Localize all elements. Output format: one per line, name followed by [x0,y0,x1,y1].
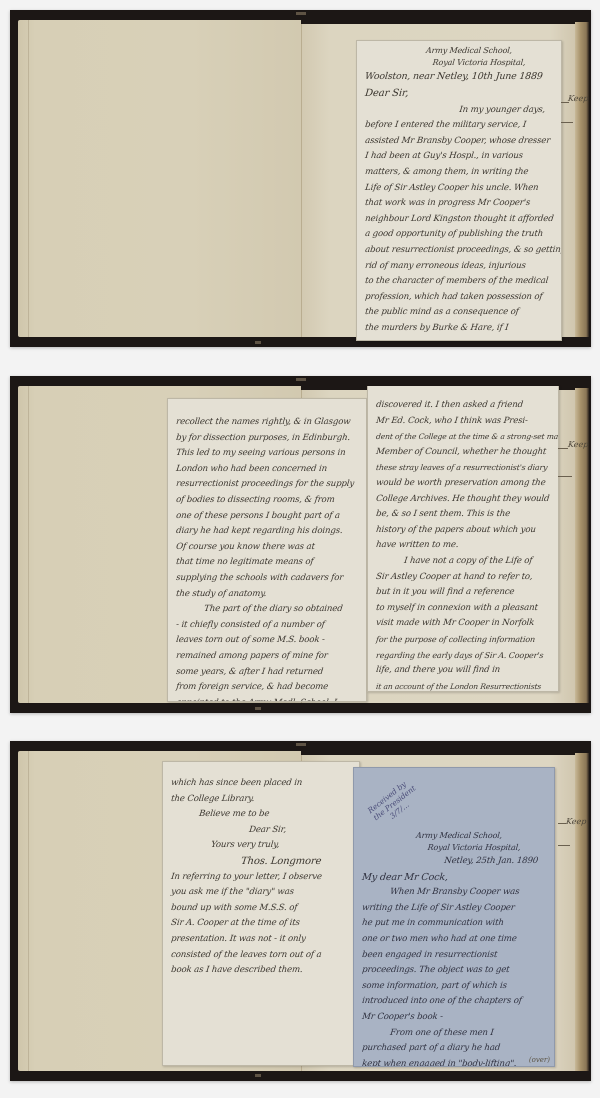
letter-line: From one of these men I [361,1026,547,1042]
letter-line: remained among papers of mine for [175,649,359,665]
letter-line: about resurrectionist proceedings, & so … [364,243,554,259]
letter-line: Of course you know there was at [175,540,359,556]
letter-line: discovered it. I then asked a friend [375,398,551,414]
postscript-line: consisted of the leaves torn out of a [170,948,352,964]
page-edges [575,22,589,337]
letter-line: these stray leaves of a resurrectionist'… [375,460,551,476]
letter-line: which has since been placed in [170,776,352,792]
blue-letter-page: Received by the President 3/7/... Army M… [353,767,555,1067]
closing-line: Dear Sir, [170,823,352,839]
postscript-line: presentation. It was not - it only [170,932,352,948]
letter-line: regarding the early days of Sir A. Coope… [375,648,551,664]
letter-line: Life of Sir Astley Cooper his uncle. Whe… [364,181,554,197]
margin-note-keep: Keep [568,440,589,449]
letter-line: assisted Mr Bransby Cooper, whose dresse… [364,134,554,150]
over-mark: (over) [529,1056,550,1064]
margin-dash [558,476,572,477]
signature: Thos. Longmore [170,854,352,870]
letter-line: writing the Life of Sir Astley Cooper [361,901,547,917]
salutation: Dear Sir, [364,85,554,103]
letter-line: to myself in connexion with a pleasant [375,601,551,617]
letter-line: neighbour Lord Kingston thought it affor… [364,212,554,228]
letter-line: kept when engaged in "body-lifting". [361,1057,547,1067]
letter-line: to the character of members of the medic… [364,274,554,290]
letter-line: by for dissection purposes, in Edinburgh… [175,431,359,447]
letter-line: Sir Astley Cooper at hand to refer to, [375,570,551,586]
letter-line: purchased part of a diary he had [361,1041,547,1057]
letter-line: profession, which had taken possession o… [364,290,554,306]
spine-mark [255,341,261,344]
letter-line: have written to me. [375,538,551,554]
letter-line: one or two men who had at one time [361,932,547,948]
page-edges [575,753,589,1071]
letter-line: Mr Cooper's book - [361,1010,547,1026]
letter-line: dent of the College at the time & a stro… [375,429,551,445]
letter-page-3: discovered it. I then asked a friend Mr … [367,386,559,692]
letter-line: Mr Ed. Cock, who I think was Presi- [375,414,551,430]
spine-mark [296,743,306,746]
letterhead-line: Royal Victoria Hospital, [361,842,546,854]
spine-mark [255,707,261,710]
postscript-line: In referring to your letter, I observe [170,870,352,886]
letterhead-line: Royal Victoria Hospital, [364,57,553,69]
letter-line: it an account of the London Resurrection… [375,679,551,692]
received-annotation: Received by the President 3/7/... [366,777,423,830]
letter-line: history of the papers about which you [375,523,551,539]
postscript-line: you ask me if the "diary" was [170,885,352,901]
closing-line: Believe me to be [170,807,352,823]
scan-spread-2: recollect the names rightly, & in Glasgo… [10,376,591,713]
letter-line: from foreign service, & had become [175,680,359,696]
margin-note-keep: Keep [566,817,587,826]
letter-line: London who had been concerned in [175,462,359,478]
letter-page-2: recollect the names rightly, & in Glasgo… [167,398,367,702]
letter-line: rid of many erroneous ideas, injurious [364,259,554,275]
letter-line: would be worth preservation among the [375,476,551,492]
letter-line: supplying the schools with cadavers for [175,571,359,587]
letter-line: the study of anatomy. [175,587,359,603]
letter-line: matters, & among them, in writing the [364,165,554,181]
letter-line: but in it you will find a reference [375,585,551,601]
salutation: My dear Mr Cock, [361,870,547,886]
letterhead-line: Army Medical School, [364,45,553,57]
letter-line: that time no legitimate means of [175,555,359,571]
letter-line: some years, & after I had returned [175,665,359,681]
letter-line: life, and there you will find in [375,663,551,679]
postscript-line: book as I have described them. [170,963,352,979]
letter-line: diary he had kept regarding his doings. [175,524,359,540]
letter-line: the murders by Burke & Hare, if I [364,321,554,337]
letter-line: appointed to the Army Medl. School, I [175,696,359,702]
closing-line: Yours very truly, [170,838,352,854]
letter-line: the public mind as a consequence of [364,305,554,321]
letter-line: When Mr Bransby Cooper was [361,885,547,901]
margin-dash [561,122,573,123]
dateline: Woolston, near Netley, 10th June 1889 [364,69,554,85]
letter-line: the College Library. [170,792,352,808]
letter-line: be, & so I sent them. This is the [375,507,551,523]
letter-line: visit made with Mr Cooper in Norfolk [375,616,551,632]
postscript-line: bound up with some M.S.S. of [170,901,352,917]
letter-line: resurrectionist proceedings for the supp… [175,477,359,493]
letter-line: proceedings. The object was to get [361,963,547,979]
margin-dash [558,845,570,846]
letter-page-4: which has since been placed in the Colle… [162,761,360,1066]
letter-line: leaves torn out of some M.S. book - [175,633,359,649]
letter-line: of bodies to dissecting rooms, & from [175,493,359,509]
letter-line: been engaged in resurrectionist [361,948,547,964]
margin-note-keep: Keep [568,94,589,103]
letter-line: recollect the names rightly, & in Glasgo… [175,415,359,431]
letter-line: This led to my seeing various persons in [175,446,359,462]
postscript-line: Sir A. Cooper at the time of its [170,916,352,932]
letter-line: I have not a copy of the Life of [375,554,551,570]
spine-mark [296,378,306,381]
letter-line: one of these persons I bought part of a [175,509,359,525]
dateline: Netley, 25th Jan. 1890 [361,854,547,870]
blank-left-page [18,20,301,337]
scan-spread-1: Army Medical School, Royal Victoria Hosp… [10,10,591,347]
spine-mark [296,12,306,15]
letter-line: The part of the diary so obtained [175,602,359,618]
letter-line: he put me in communication with [361,916,547,932]
scan-spread-3: which has since been placed in the Colle… [10,741,591,1081]
letter-line: for the purpose of collecting informatio… [375,632,551,648]
page-edges [575,388,589,703]
letter-line: In my younger days, [364,103,554,119]
letter-page-1: Army Medical School, Royal Victoria Hosp… [356,40,562,341]
letter-line: some information, part of which is [361,979,547,995]
letter-line: before I entered the military service, I [364,118,554,134]
spine-mark [255,1074,261,1077]
letter-line: that work was in progress Mr Cooper's [364,196,554,212]
letter-line: Member of Council, whether he thought [375,445,551,461]
letter-line: I had been at Guy's Hospl., in various [364,149,554,165]
letter-line: - it chiefly consisted of a number of [175,618,359,634]
letter-line: a good opportunity of publishing the tru… [364,227,554,243]
letterhead-line: Army Medical School, [361,830,546,842]
letter-line: introduced into one of the chapters of [361,994,547,1010]
letter-line: College Archives. He thought they would [375,492,551,508]
